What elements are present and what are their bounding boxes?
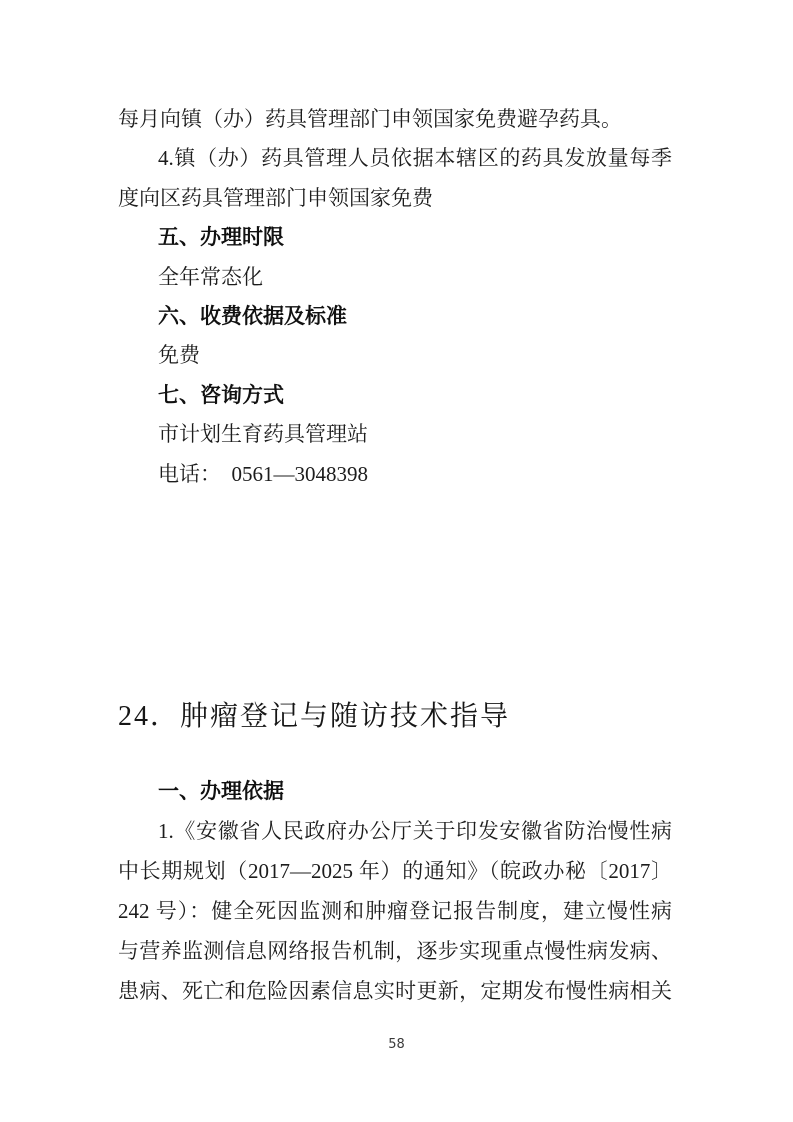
paragraph-line: 中长期规划（2017—2025 年）的通知》（皖政办秘〔2017〕 (118, 851, 672, 891)
section-heading-consult-method: 七、咨询方式 (118, 376, 672, 415)
page-content: 每月向镇（办）药具管理部门申领国家免费避孕药具。 4.镇（办）药具管理人员依据本… (118, 100, 672, 1011)
paragraph-line: 1.《安徽省人民政府办公厅关于印发安徽省防治慢性病 (118, 811, 672, 851)
chapter-title: 24．肿瘤登记与随访技术指导 (118, 694, 672, 740)
body-line: 每月向镇（办）药具管理部门申领国家免费避孕药具。 (118, 100, 672, 139)
section-body-line: 市计划生育药具管理站 (118, 415, 672, 454)
document-page: 每月向镇（办）药具管理部门申领国家免费避孕药具。 4.镇（办）药具管理人员依据本… (0, 0, 793, 1122)
chapter-paragraph: 1.《安徽省人民政府办公厅关于印发安徽省防治慢性病 中长期规划（2017—202… (118, 811, 672, 1011)
paragraph-line: 与营养监测信息网络报告机制，逐步实现重点慢性病发病、 (118, 931, 672, 971)
section-body-line: 全年常态化 (118, 258, 672, 297)
section-body-line: 免费 (118, 336, 672, 375)
section-heading-fee-basis: 六、收费依据及标准 (118, 297, 672, 336)
section-heading-time-limit: 五、办理时限 (118, 218, 672, 257)
section-heading-basis: 一、办理依据 (118, 772, 672, 811)
phone-line: 电话： 0561—3048398 (118, 455, 672, 494)
page-number: 58 (0, 1037, 793, 1052)
paragraph-line: 患病、死亡和危险因素信息实时更新，定期发布慢性病相关 (118, 971, 672, 1011)
body-line: 4.镇（办）药具管理人员依据本辖区的药具发放量每季 (118, 139, 672, 178)
body-line: 度向区药具管理部门申领国家免费 (118, 179, 672, 218)
paragraph-line: 242 号）：健全死因监测和肿瘤登记报告制度，建立慢性病 (118, 891, 672, 931)
